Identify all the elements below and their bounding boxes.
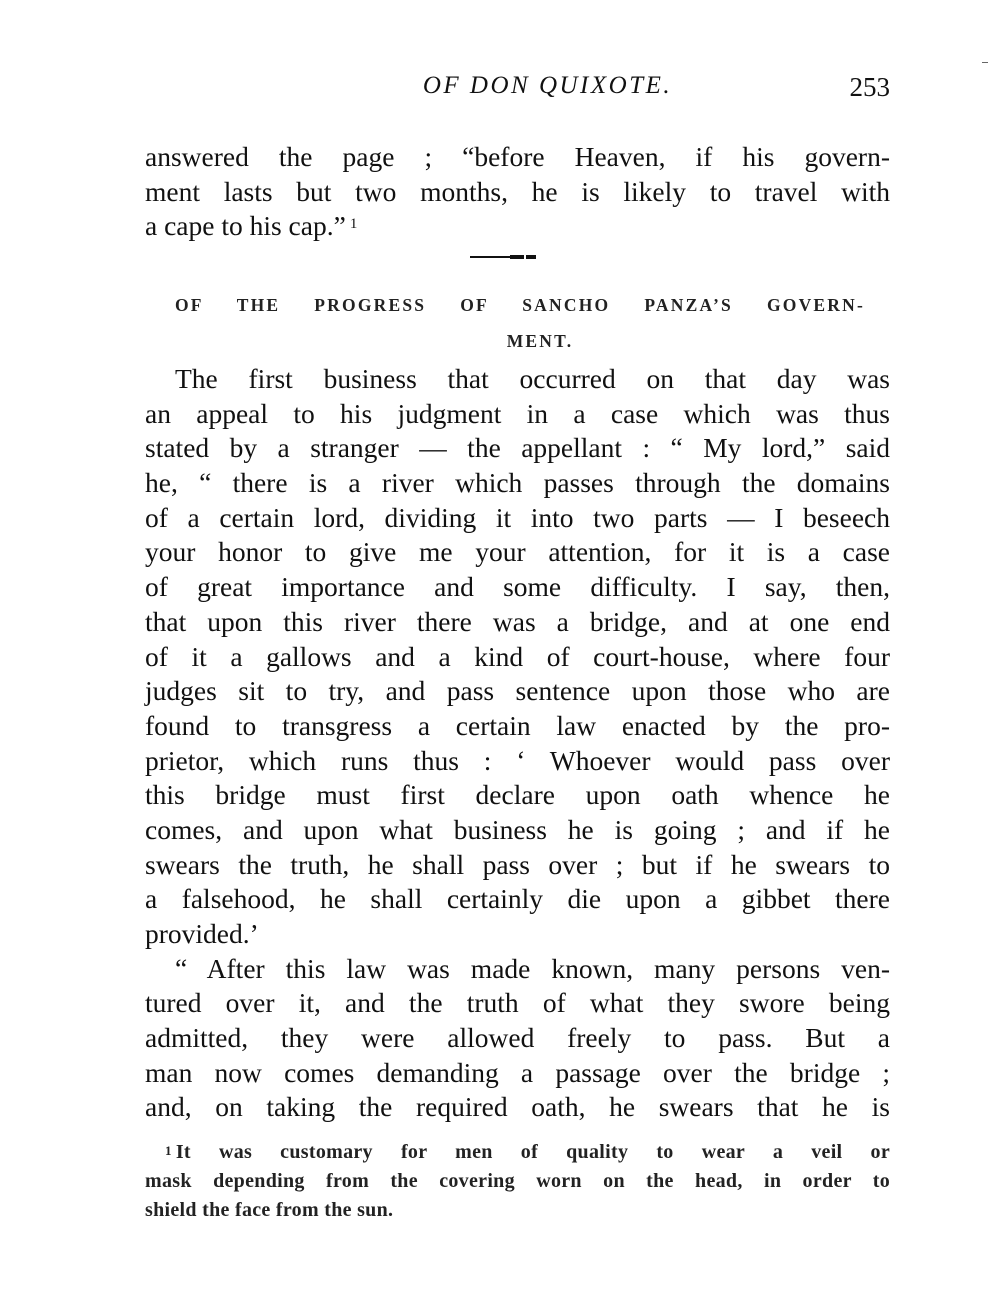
text-line: this bridge must first declare upon oath… [145, 778, 890, 813]
footnote-line: mask depending from the covering worn on… [145, 1167, 890, 1196]
text-line: a cape to his cap.”1 [145, 209, 890, 244]
section-heading-line: MENT. [175, 323, 865, 359]
scan-edge-mark [982, 62, 988, 63]
text-line: judges sit to try, and pass sentence upo… [145, 674, 890, 709]
page-number: 253 [850, 72, 891, 103]
footnote-text: It was customary for men of quality to w… [176, 1141, 890, 1163]
text-line: a falsehood, he shall certainly die upon… [145, 882, 890, 917]
text-line: admitted, they were allowed freely to pa… [145, 1021, 890, 1056]
opening-text: answered the page ; “before Heaven, if h… [145, 140, 890, 244]
text-line: swears the truth, he shall pass over ; b… [145, 848, 890, 883]
text-line: your honor to give me your attention, fo… [145, 535, 890, 570]
divider-rule [470, 256, 510, 258]
section-heading-line: OF THE PROGRESS OF SANCHO PANZA’S GOVERN… [175, 287, 865, 323]
running-head: OF DON QUIXOTE. 253 [145, 72, 890, 112]
divider-rule [510, 255, 524, 259]
text-line: prietor, which runs thus : ‘ Whoever wou… [145, 744, 890, 779]
divider-rule [526, 255, 536, 259]
text-line: found to transgress a certain law enacte… [145, 709, 890, 744]
footnote-line: shield the face from the sun. [145, 1196, 890, 1225]
text-line-content: a cape to his cap.” [145, 210, 346, 241]
footnotes: 1It was customary for men of quality to … [145, 1138, 890, 1225]
text-line: answered the page ; “before Heaven, if h… [145, 140, 890, 175]
text-line: of it a gallows and a kind of court-hous… [145, 640, 890, 675]
text-line: of a certain lord, dividing it into two … [145, 501, 890, 536]
text-line: man now comes demanding a passage over t… [145, 1056, 890, 1091]
text-line: ment lasts but two months, he is likely … [145, 175, 890, 210]
text-line: and, on taking the required oath, he swe… [145, 1090, 890, 1125]
book-page: OF DON QUIXOTE. 253 answered the page ; … [0, 0, 1000, 1307]
footnote-marker: 1 [165, 1143, 172, 1158]
footnote-reference: 1 [350, 216, 358, 232]
text-line: he, “ there is a river which passes thro… [145, 466, 890, 501]
text-line: tured over it, and the truth of what the… [145, 986, 890, 1021]
text-line: stated by a stranger — the appellant : “… [145, 431, 890, 466]
text-line: of great importance and some difficulty.… [145, 570, 890, 605]
text-line: The first business that occurred on that… [145, 362, 890, 397]
text-line: comes, and upon what business he is goin… [145, 813, 890, 848]
text-line: that upon this river there was a bridge,… [145, 605, 890, 640]
footnote-line: 1It was customary for men of quality to … [145, 1138, 890, 1167]
body-paragraph-1: The first business that occurred on that… [145, 362, 890, 1125]
text-line: an appeal to his judgment in a case whic… [145, 397, 890, 432]
section-divider-ornament [470, 255, 536, 259]
section-heading: OF THE PROGRESS OF SANCHO PANZA’S GOVERN… [175, 287, 865, 359]
text-line: provided.’ [145, 917, 890, 952]
text-line: “ After this law was made known, many pe… [145, 952, 890, 987]
running-title: OF DON QUIXOTE. [145, 72, 890, 100]
